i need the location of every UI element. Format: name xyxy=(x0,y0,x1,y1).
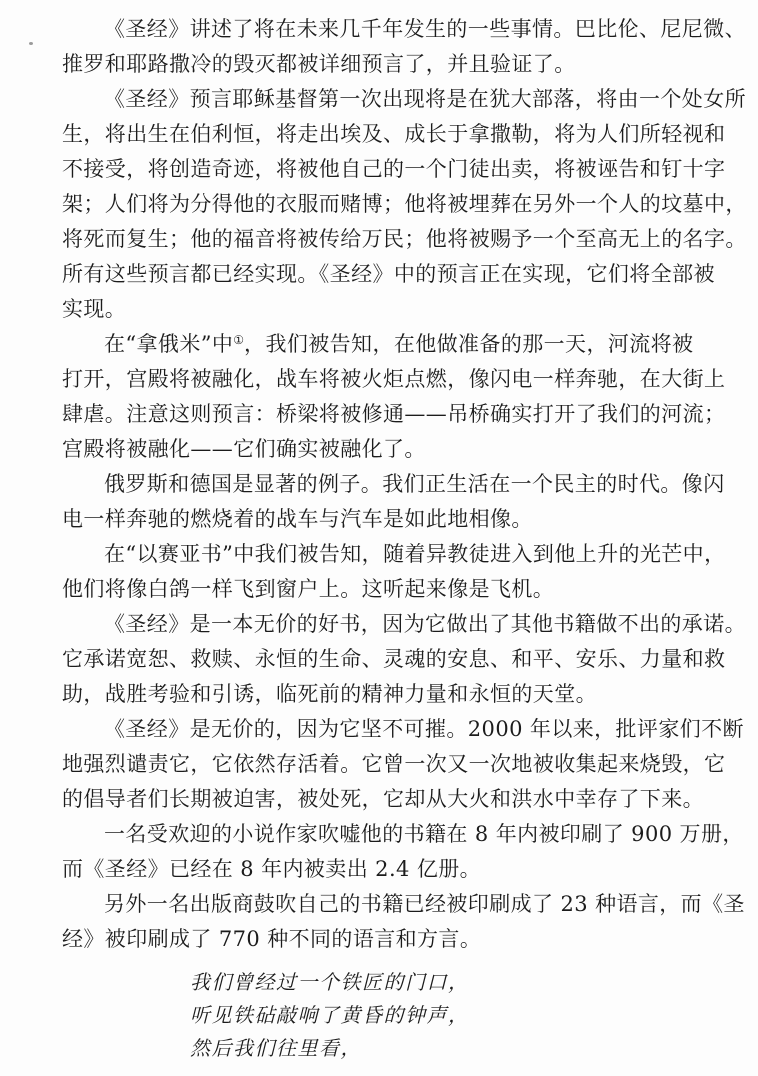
verse-line: 然后我们往里看， xyxy=(190,1032,742,1065)
footnote-marker: ① xyxy=(233,333,244,347)
body-paragraph: 在“以赛亚书”中我们被告知，随着异教徒进入到他上升的光芒中，他们将像白鸽一样飞到… xyxy=(62,537,742,607)
text-line: 将死而复生；他的福音将被传给万民；他将被赐予一个至高无上的名字。 xyxy=(62,222,742,257)
text-line: 他们将像白鸽一样飞到窗户上。这听起来像是飞机。 xyxy=(62,572,742,607)
verse-line: 我们曾经过一个铁匠的门口， xyxy=(190,966,742,999)
body-paragraph: 《圣经》是一本无价的好书，因为它做出了其他书籍做不出的承诺。它承诺宽恕、救赎、永… xyxy=(62,607,742,712)
text-line: 推罗和耶路撒冷的毁灭都被详细预言了，并且验证了。 xyxy=(62,47,742,82)
text-block: 《圣经》讲述了将在未来几千年发生的一些事情。巴比伦、尼尼微、推罗和耶路撒冷的毁灭… xyxy=(62,12,742,1065)
text-line: 俄罗斯和德国是显著的例子。我们正生活在一个民主的时代。像闪 xyxy=(62,467,742,502)
scan-speck xyxy=(29,42,33,45)
text-line: 生，将出生在伯利恒，将走出埃及、成长于拿撒勒，将为人们所轻视和 xyxy=(62,117,742,152)
verse-line: 听见铁砧敲响了黄昏的钟声， xyxy=(190,999,742,1032)
body-paragraph: 一名受欢迎的小说作家吹嘘他的书籍在 8 年内被印刷了 900 万册，而《圣经》已… xyxy=(62,817,742,887)
text-line: 肆虐。注意这则预言：桥梁将被修通——吊桥确实打开了我们的河流； xyxy=(62,397,742,432)
text-line: 它承诺宽恕、救赎、永恒的生命、灵魂的安息、和平、安乐、力量和救 xyxy=(62,642,742,677)
text-line: 的倡导者们长期被迫害，被处死，它却从大火和洪水中幸存了下来。 xyxy=(62,782,742,817)
text-line: 《圣经》是一本无价的好书，因为它做出了其他书籍做不出的承诺。 xyxy=(62,607,742,642)
body-paragraph: 另外一名出版商鼓吹自己的书籍已经被印刷成了 23 种语言，而《圣经》被印刷成了 … xyxy=(62,887,742,957)
document-page: 《圣经》讲述了将在未来几千年发生的一些事情。巴比伦、尼尼微、推罗和耶路撒冷的毁灭… xyxy=(0,0,758,1076)
body-paragraph: 《圣经》预言耶稣基督第一次出现将是在犹大部落，将由一个处女所生，将出生在伯利恒，… xyxy=(62,82,742,327)
text-line: 在“以赛亚书”中我们被告知，随着异教徒进入到他上升的光芒中， xyxy=(62,537,742,572)
text-line: 助，战胜考验和引诱，临死前的精神力量和永恒的天堂。 xyxy=(62,677,742,712)
text-line: 在“拿俄米”中①，我们被告知，在他做准备的那一天，河流将被 xyxy=(62,327,742,362)
text-line: 所有这些预言都已经实现。《圣经》中的预言正在实现，它们将全部被 xyxy=(62,257,742,292)
verse-paragraph: 我们曾经过一个铁匠的门口，听见铁砧敲响了黄昏的钟声，然后我们往里看， xyxy=(62,966,742,1065)
text-line: 另外一名出版商鼓吹自己的书籍已经被印刷成了 23 种语言，而《圣 xyxy=(62,887,742,922)
text-line: 地强烈谴责它，它依然存活着。它曾一次又一次地被收集起来烧毁，它 xyxy=(62,747,742,782)
text-line: 经》被印刷成了 770 种不同的语言和方言。 xyxy=(62,922,742,957)
text-line: 不接受，将创造奇迹，将被他自己的一个门徒出卖，将被诬告和钉十字 xyxy=(62,152,742,187)
text-line: 《圣经》讲述了将在未来几千年发生的一些事情。巴比伦、尼尼微、 xyxy=(62,12,742,47)
text-line: 《圣经》是无价的，因为它坚不可摧。2000 年以来，批评家们不断 xyxy=(62,712,742,747)
body-paragraph: 《圣经》是无价的，因为它坚不可摧。2000 年以来，批评家们不断地强烈谴责它，它… xyxy=(62,712,742,817)
text-line: 宫殿将被融化——它们确实被融化了。 xyxy=(62,432,742,467)
body-paragraph: 俄罗斯和德国是显著的例子。我们正生活在一个民主的时代。像闪电一样奔驰的燃烧着的战… xyxy=(62,467,742,537)
body-paragraph: 《圣经》讲述了将在未来几千年发生的一些事情。巴比伦、尼尼微、推罗和耶路撒冷的毁灭… xyxy=(62,12,742,82)
text-line: 一名受欢迎的小说作家吹嘘他的书籍在 8 年内被印刷了 900 万册， xyxy=(62,817,742,852)
text-line: 架；人们将为分得他的衣服而赌博；他将被埋葬在另外一个人的坟墓中， xyxy=(62,187,742,222)
text-line: 打开，宫殿将被融化，战车将被火炬点燃，像闪电一样奔驰，在大街上 xyxy=(62,362,742,397)
text-line: 而《圣经》已经在 8 年内被卖出 2.4 亿册。 xyxy=(62,852,742,887)
body-paragraph: 在“拿俄米”中①，我们被告知，在他做准备的那一天，河流将被打开，宫殿将被融化，战… xyxy=(62,327,742,467)
text-line: 电一样奔驰的燃烧着的战车与汽车是如此地相像。 xyxy=(62,502,742,537)
text-line: 实现。 xyxy=(62,292,742,327)
text-line: 《圣经》预言耶稣基督第一次出现将是在犹大部落，将由一个处女所 xyxy=(62,82,742,117)
